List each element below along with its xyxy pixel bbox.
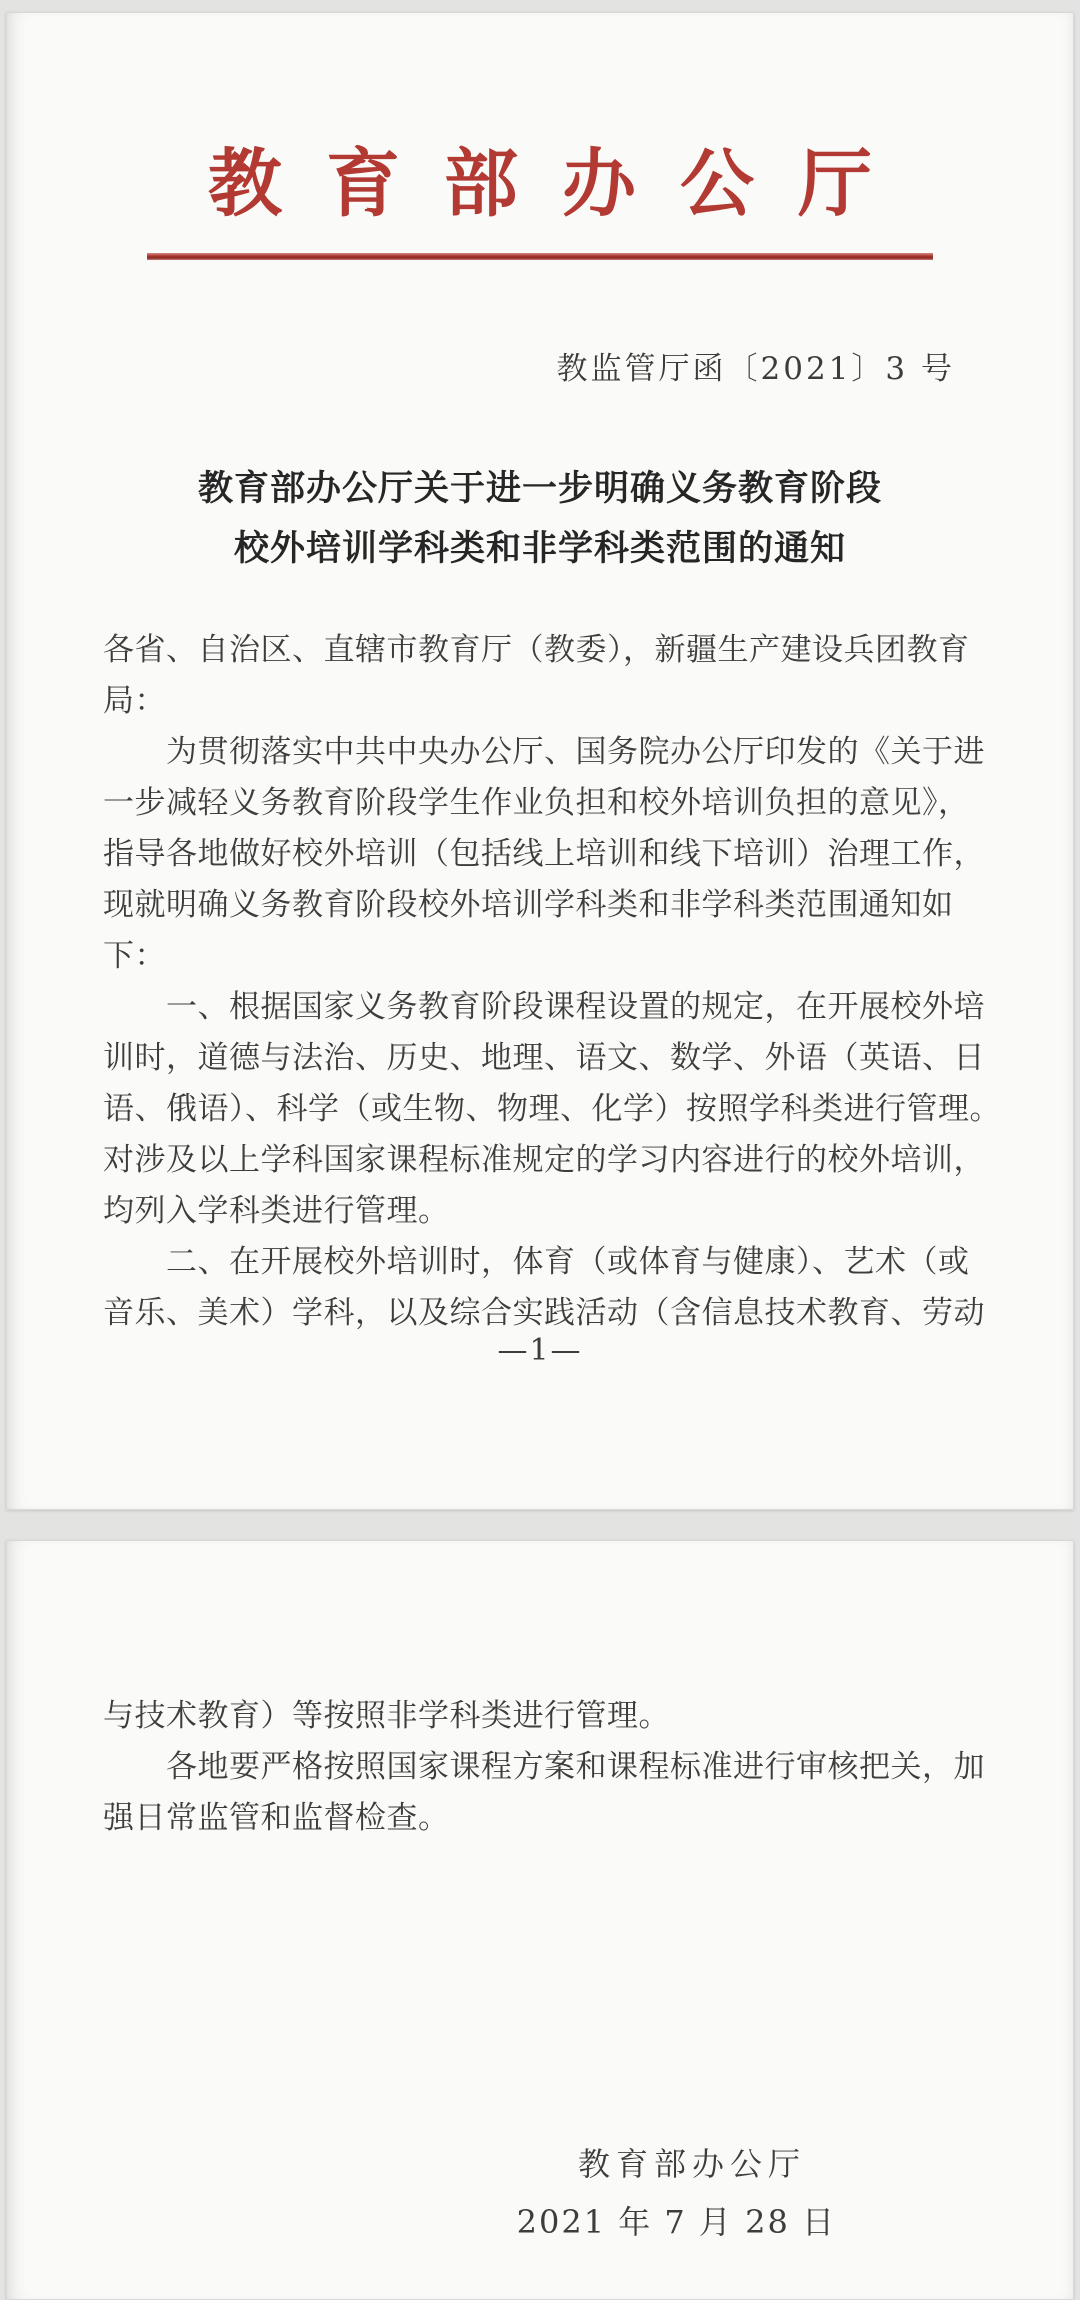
- notice-title-line-2: 校外培训学科类和非学科类范围的通知: [7, 519, 1073, 579]
- body-line: 各省、自治区、直辖市教育厅（教委），新疆生产建设兵团教育: [103, 625, 969, 676]
- body-line: 一步减轻义务教育阶段学生作业负担和校外培训负担的意见》，: [103, 778, 969, 829]
- issuing-office-signature: 教育部办公厅: [578, 2139, 806, 2185]
- document-page-2: 与技术教育）等按照非学科类进行管理。 各地要严格按照国家课程方案和课程标准进行审…: [6, 1540, 1074, 2300]
- notice-title-line-1: 教育部办公厅关于进一步明确义务教育阶段: [7, 459, 1073, 519]
- body-line: 音乐、美术）学科，以及综合实践活动（含信息技术教育、劳动: [103, 1288, 969, 1339]
- body-line: 各地要严格按照国家课程方案和课程标准进行审核把关，加: [103, 1742, 969, 1793]
- body-line: 指导各地做好校外培训（包括线上培训和线下培训）治理工作，: [103, 829, 969, 880]
- page-number: —1—: [7, 1333, 1073, 1368]
- body-line: 二、在开展校外培训时，体育（或体育与健康）、艺术（或: [103, 1237, 969, 1288]
- notice-title: 教育部办公厅关于进一步明确义务教育阶段 校外培训学科类和非学科类范围的通知: [7, 459, 1073, 579]
- body-line: 对涉及以上学科国家课程标准规定的学习内容进行的校外培训，: [103, 1135, 969, 1186]
- body-line: 局：: [103, 676, 969, 727]
- document-number: 教监管厅函〔2021〕3 号: [557, 343, 955, 388]
- body-line: 与技术教育）等按照非学科类进行管理。: [103, 1691, 969, 1742]
- red-separator-rule: [147, 253, 933, 260]
- body-line: 训时，道德与法治、历史、地理、语文、数学、外语（英语、日: [103, 1033, 969, 1084]
- body-line: 为贯彻落实中共中央办公厅、国务院办公厅印发的《关于进: [103, 727, 969, 778]
- body-line: 下：: [103, 931, 969, 982]
- body-line: 一、根据国家义务教育阶段课程设置的规定，在开展校外培: [103, 982, 969, 1033]
- body-line: 均列入学科类进行管理。: [103, 1186, 969, 1237]
- body-line: 现就明确义务教育阶段校外培训学科类和非学科类范围通知如: [103, 880, 969, 931]
- document-page-1: 教育部办公厅 教监管厅函〔2021〕3 号 教育部办公厅关于进一步明确义务教育阶…: [6, 12, 1074, 1510]
- body-line: 语、俄语）、科学（或生物、物理、化学）按照学科类进行管理。: [103, 1084, 969, 1135]
- page-2-body-text: 与技术教育）等按照非学科类进行管理。 各地要严格按照国家课程方案和课程标准进行审…: [103, 1691, 969, 1844]
- issue-date: 2021 年 7 月 28 日: [517, 2197, 836, 2243]
- body-line: 强日常监管和监督检查。: [103, 1793, 969, 1844]
- letterhead-title: 教育部办公厅: [7, 125, 1073, 231]
- page-1-body-text: 各省、自治区、直辖市教育厅（教委），新疆生产建设兵团教育局： 为贯彻落实中共中央…: [103, 625, 969, 1339]
